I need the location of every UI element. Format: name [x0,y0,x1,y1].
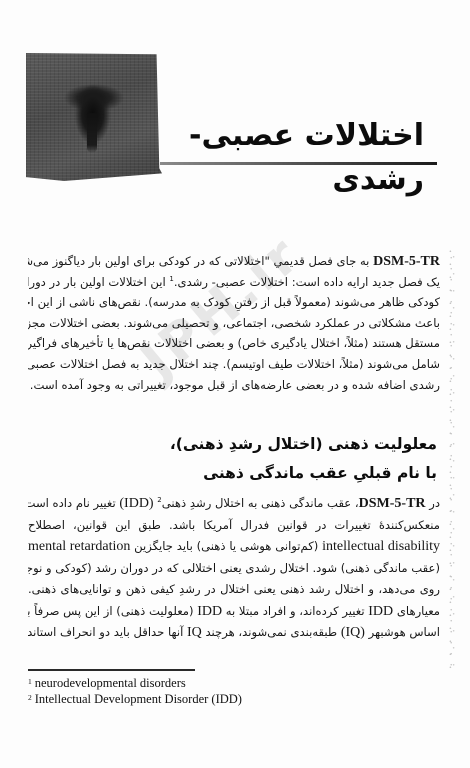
text-segment: ، عقب ماندگی ذهنی به اختلال رشدِ ذهنی [162,496,359,510]
text-segment: این اختلالات اولین بار در دوران [28,275,169,289]
text-line: باعث مشکلاتی در عملکرد شخصی، اجتماعی، و … [28,313,440,334]
text-segment: (عقب ماندگی ذهنی) شود. اختلال رشدی یعنی … [28,561,440,575]
text-line: شامل می‌شوند (مثلاً، اختلالات طیف اوتیسم… [28,354,440,375]
section-paragraph: در DSM-5-TR، عقب ماندگی ذهنی به اختلال ر… [28,493,440,644]
latin-term: IDD [368,604,393,619]
latin-term: IDD [197,604,222,619]
text-line: مستقل هستند (مثلاً، اختلال یادگیری خاص) … [28,333,440,354]
footnote-item: 1neurodevelopmental disorders [28,675,328,691]
text-segment: (معلولیت ذهنی) از این پس صرفاً بر [28,604,197,618]
text-segment: یک فصل جدید ارایه داده است: اختلالات عصب… [174,275,440,289]
text-segment: کودکی ظاهر می‌شوند (معمولاً قبل از رفتنِ… [28,295,440,309]
text-segment: اساس هوشبهر [365,625,440,639]
text-segment: مستقل هستند (مثلاً، اختلال یادگیری خاص) … [28,336,440,350]
chapter-header-image [26,53,162,181]
footnote-text: neurodevelopmental disorders [35,676,186,690]
text-segment: معیارهای [393,604,440,618]
footnote-number: 2 [28,693,32,702]
latin-term: (IQ) [341,625,365,640]
text-line: اساس هوشبهر (IQ) طبقه‌بندی نمی‌شوند، هرچ… [28,622,440,644]
text-segment: (کم‌توانی هوشی یا ذهنی) باید جایگزین [130,539,322,553]
text-line: DSM-5-TR به جای فصل قدیمي "اختلالاتی که … [28,251,440,272]
footnote-item: 2Intellectual Development Disorder (IDD) [28,691,328,707]
text-line: intellectual disability (کم‌توانی هوشی ی… [28,536,440,558]
section-subheading: با نام قبلیِ عقب ماندگی ذهنی [137,461,437,485]
text-segment: تغییر نام داده است تا [28,496,119,510]
footnote-text: Intellectual Development Disorder (IDD) [35,692,242,706]
ink-drip-graphic [87,113,97,153]
latin-term: IQ [187,625,202,640]
text-line: کودکی ظاهر می‌شوند (معمولاً قبل از رفتنِ… [28,292,440,313]
chapter-title: اختلالات عصبی- رشدی [154,114,424,202]
text-segment: آنها حداقل باید دو انحراف استاندارد [28,625,187,639]
text-line: رشدی اضافه شده و در بعضی عارضه‌های از قب… [28,375,440,396]
footnote-number: 1 [28,677,32,686]
text-segment: باعث مشکلاتی در عملکرد شخصی، اجتماعی، و … [28,316,440,330]
text-segment: رشدی اضافه شده و در بعضی عارضه‌های از قب… [30,378,440,392]
text-segment: در [426,496,440,510]
latin-term: (IDD) [119,496,153,511]
section-heading: معلولیت ذهنی (اختلال رشدِ ذهنی)، [137,432,437,456]
text-segment: روی می‌دهد، و اختلال رشد ذهنی یعنی اختلا… [28,582,440,596]
footnote-separator [28,669,195,671]
title-underline [160,162,437,165]
latin-term: DSM-5-TR [359,496,426,511]
scan-edge-noise [448,250,456,670]
latin-term: mental retardation [28,539,130,554]
text-line: یک فصل جدید ارایه داده است: اختلالات عصب… [28,272,440,293]
intro-paragraph: DSM-5-TR به جای فصل قدیمي "اختلالاتی که … [28,251,440,395]
latin-term: DSM-5-TR [373,254,440,269]
latin-term: intellectual disability [322,539,440,554]
book-page: اختلالات عصبی- رشدی JPH.ir DSM-5-TR به ج… [0,0,470,768]
text-segment: شامل می‌شوند (مثلاً، اختلالات طیف اوتیسم… [28,357,440,371]
footnotes: 1neurodevelopmental disorders2Intellectu… [28,675,328,706]
text-segment: منعکس‌کنندهٔ تغییرات در قوانین فدرال آمر… [28,518,440,532]
text-line: در DSM-5-TR، عقب ماندگی ذهنی به اختلال ر… [28,493,440,515]
text-segment: طبقه‌بندی نمی‌شوند، هرچند [202,625,341,639]
text-segment: به جای فصل قدیمي "اختلالاتی که در کودکی … [28,254,373,268]
text-line: معیارهای IDD تغییر کرده‌اند، و افراد مبت… [28,601,440,623]
text-segment: تغییر کرده‌اند، و افراد مبتلا به [222,604,368,618]
text-line: روی می‌دهد، و اختلال رشد ذهنی یعنی اختلا… [28,579,440,601]
text-line: (عقب ماندگی ذهنی) شود. اختلال رشدی یعنی … [28,558,440,580]
text-line: منعکس‌کنندهٔ تغییرات در قوانین فدرال آمر… [28,515,440,537]
